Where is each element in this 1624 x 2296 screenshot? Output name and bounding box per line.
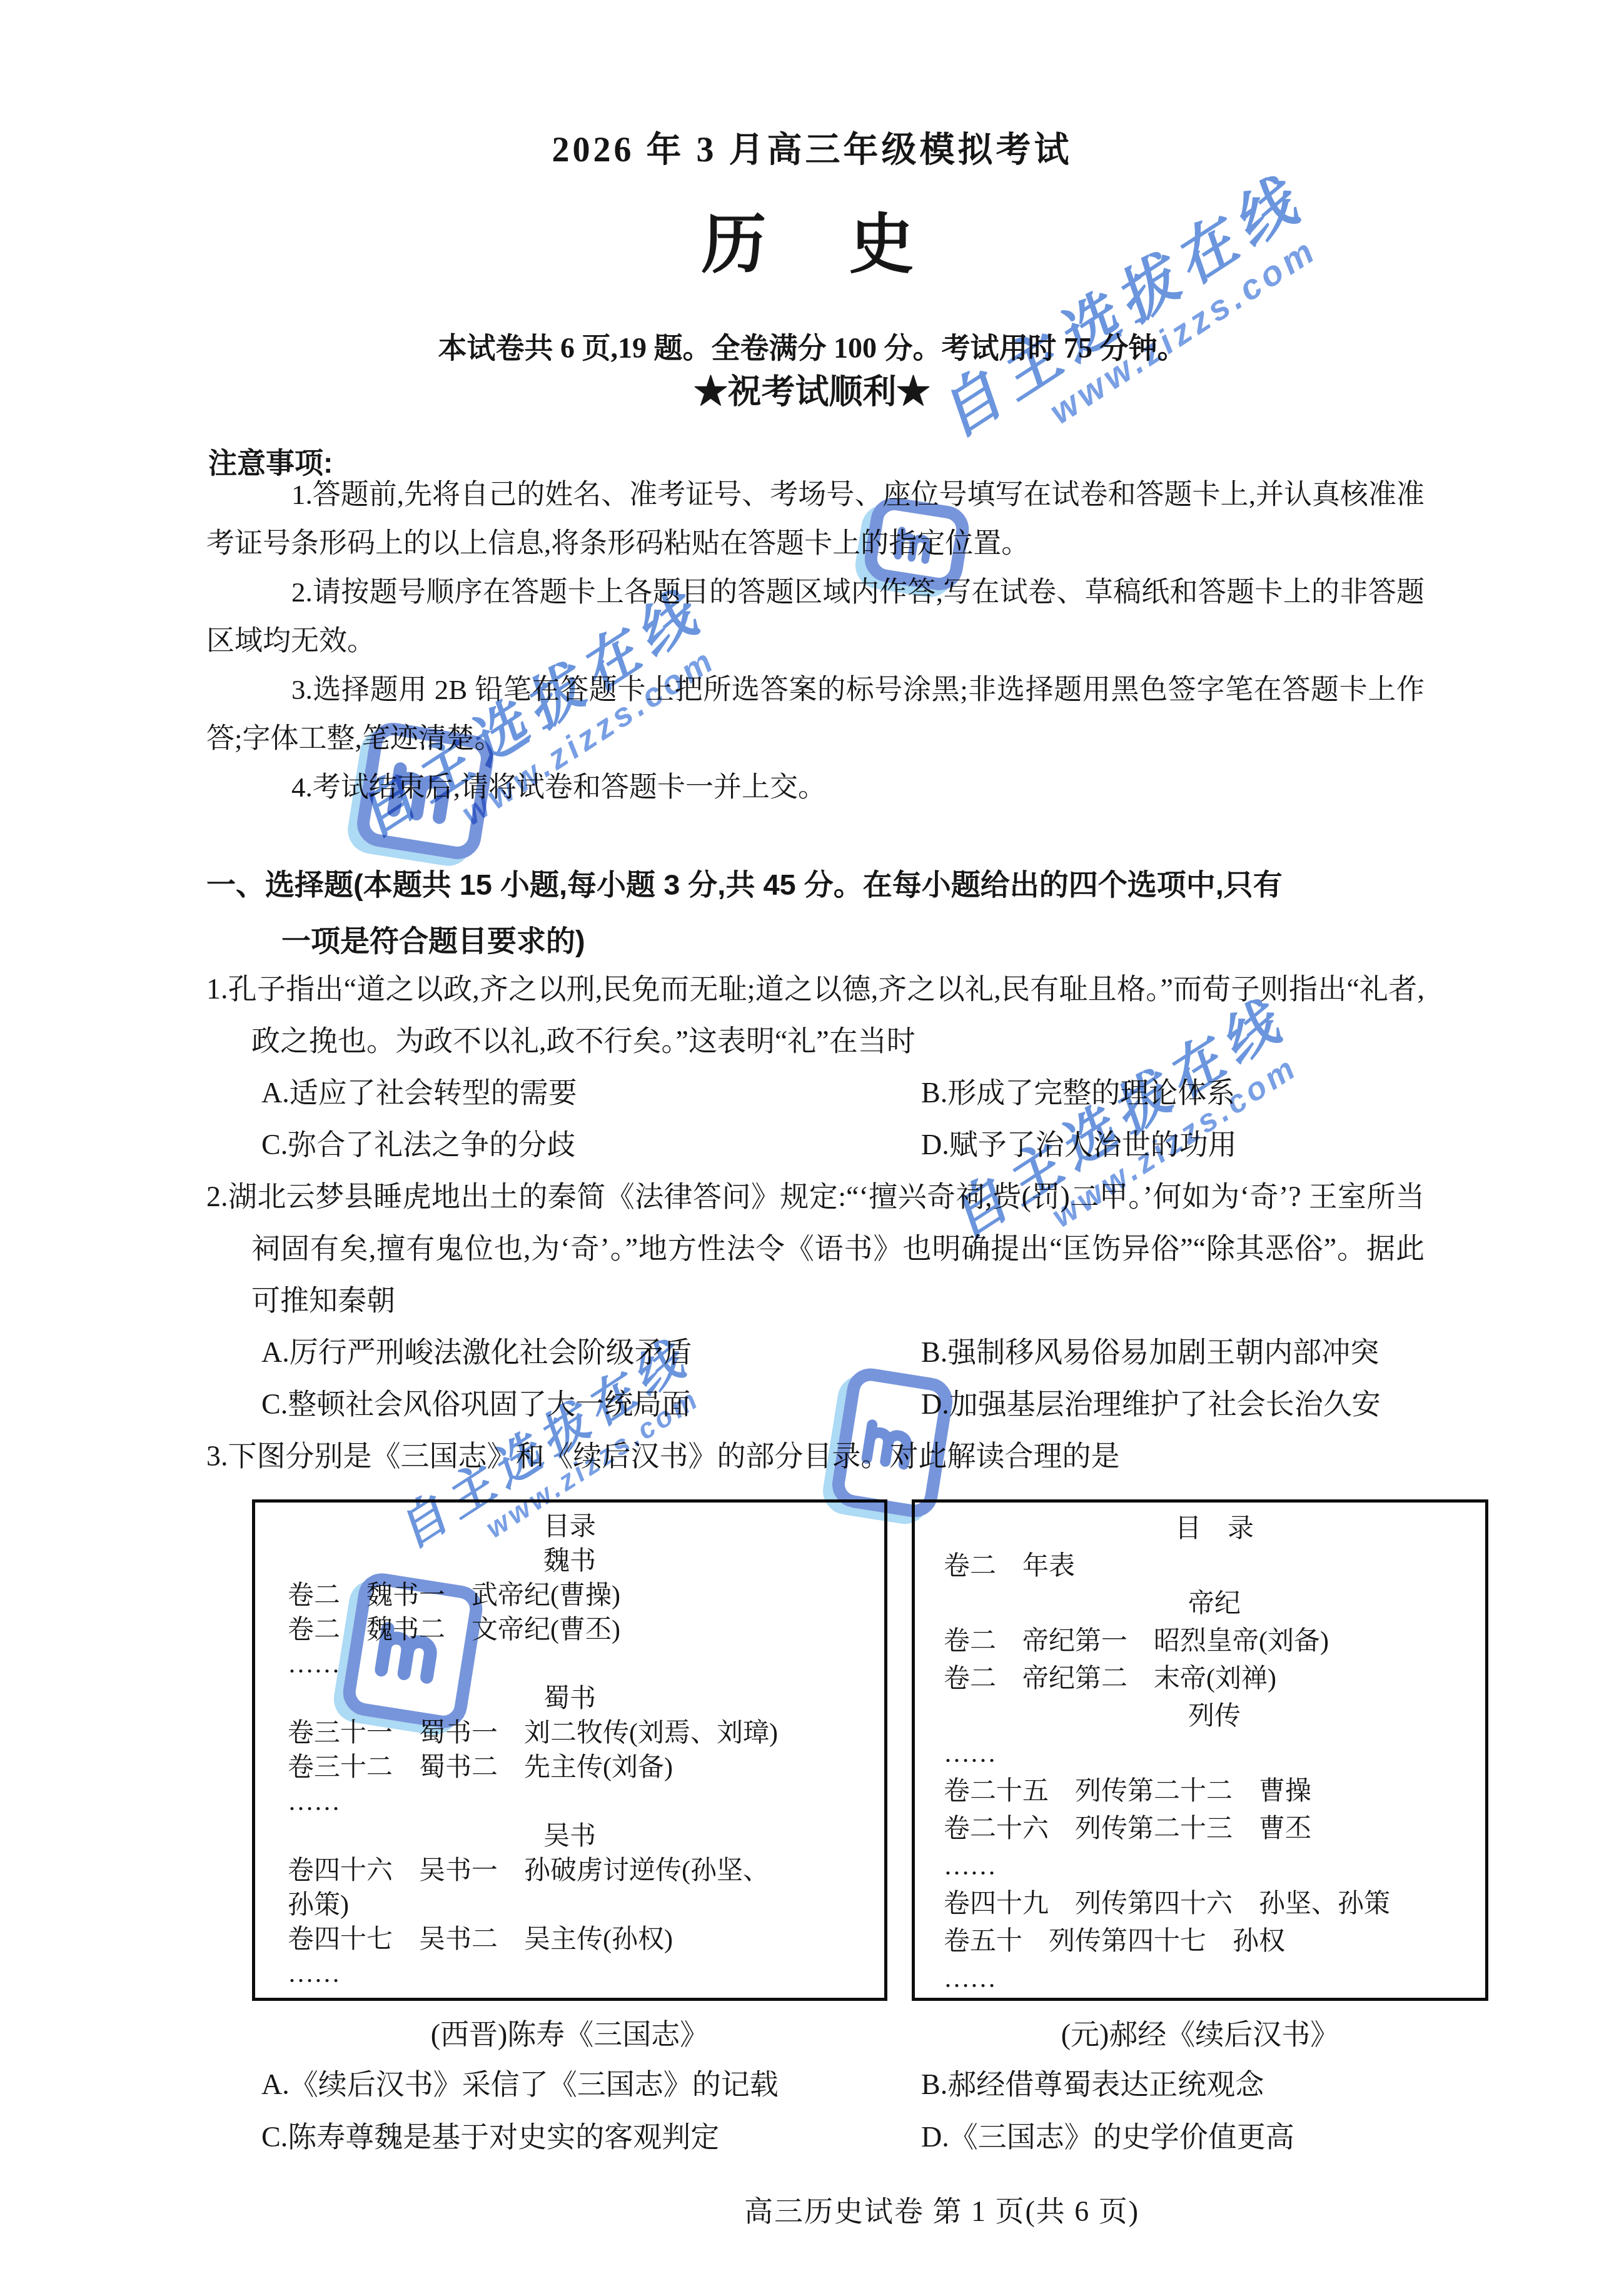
catalog-line: 卷四十七 吴书二 吴主传(孙权): [255, 1923, 884, 1957]
watermark-stamp: 自主选拔在线 www.zizzs.com: [919, 153, 1338, 483]
option-1a: A.适应了社会转型的需要: [261, 1067, 921, 1119]
question-2-stem: 2.湖北云梦县睡虎地出土的秦简《法律答问》规定:“‘擅兴奇祠,赀(罚)二甲。’何…: [206, 1171, 1425, 1326]
catalog-line: 蜀书: [255, 1682, 884, 1716]
catalog-line: ……: [915, 1735, 1485, 1773]
notice-item-3: 3.选择题用 2B 铅笔在答题卡上把所选答案的标号涂黑;非选择题用黑色签字笔在答…: [206, 665, 1425, 763]
notice-item-2: 2.请按题号顺序在答题卡上各题目的答题区域内作答,写在试卷、草稿纸和答题卡上的非…: [206, 568, 1425, 665]
catalog-line: 卷二 年表: [915, 1548, 1485, 1585]
catalog-line: ……: [915, 1960, 1485, 1998]
catalog-line: 列传: [915, 1698, 1485, 1735]
exam-paper-page: 2026 年 3 月高三年级模拟考试 历 史 本试卷共 6 页,19 题。全卷满…: [0, 0, 1624, 2296]
question-3-options: A.《续后汉书》采信了《三国志》的记载 B.郝经借尊蜀表达正统观念 C.陈寿尊魏…: [206, 2058, 1480, 2163]
catalog-line: 卷二 魏书一 武帝纪(曹操): [255, 1579, 884, 1613]
blessing-line: ★祝考试顺利★: [0, 370, 1624, 414]
catalog-line: 吴书: [255, 1820, 884, 1854]
section-heading: 一、选择题(本题共 15 小题,每小题 3 分,共 45 分。在每小题给出的四个…: [206, 857, 1457, 969]
xuhouhanshu-catalog-box: 目 录 卷二 年表 帝纪 卷二 帝纪第一 昭烈皇帝(刘备) 卷二 帝纪第二 末帝…: [912, 1499, 1488, 2001]
catalog-line: 卷三十二 蜀书二 先主传(刘备): [255, 1751, 884, 1785]
right-box-caption: (元)郝经《续后汉书》: [912, 2016, 1488, 2053]
option-1d: D.赋予了治人治世的功用: [921, 1119, 1425, 1171]
exam-title: 2026 年 3 月高三年级模拟考试: [0, 128, 1624, 172]
catalog-line: 卷二十五 列传第二十二 曹操: [915, 1773, 1485, 1810]
question-3-stem: 3.下图分别是《三国志》和《续后汉书》的部分目录。对此解读合理的是: [206, 1430, 1425, 1482]
option-2c: C.整顿社会风俗巩固了大一统局面: [261, 1378, 921, 1430]
catalog-line: 卷四十九 列传第四十六 孙坚、孙策: [915, 1885, 1485, 1923]
notice-item-4: 4.考试结束后,请将试卷和答题卡一并上交。: [206, 763, 1425, 812]
catalog-line: 卷二 魏书二 文帝纪(曹丕): [255, 1613, 884, 1648]
paper-info: 本试卷共 6 页,19 题。全卷满分 100 分。考试用时 75 分钟。: [0, 329, 1624, 368]
notice-item-1: 1.答题前,先将自己的姓名、准考证号、考场号、座位号填写在试卷和答题卡上,并认真…: [206, 470, 1425, 568]
catalog-line: 卷二 帝纪第一 昭烈皇帝(刘备): [915, 1623, 1485, 1660]
page-footer: 高三历史试卷 第 1 页(共 6 页): [744, 2192, 1139, 2231]
catalog-line: 魏书: [255, 1544, 884, 1579]
catalog-line: ……: [255, 1957, 884, 1991]
catalog-line: ……: [255, 1785, 884, 1820]
subject-title: 历 史: [0, 204, 1624, 288]
option-2a: A.厉行严刑峻法激化社会阶级矛盾: [261, 1326, 921, 1378]
option-3a: A.《续后汉书》采信了《三国志》的记载: [261, 2058, 921, 2111]
question-block: 1.孔子指出“道之以政,齐之以刑,民免而无耻;道之以德,齐之以礼,民有耻且格。”…: [206, 963, 1425, 1482]
catalog-line: 目 录: [915, 1510, 1485, 1548]
catalog-line: 卷二十六 列传第二十三 曹丕: [915, 1810, 1485, 1848]
sanguozhi-catalog-box: 目录 魏书 卷二 魏书一 武帝纪(曹操) 卷二 魏书二 文帝纪(曹丕) …… 蜀…: [252, 1499, 887, 2001]
catalog-line: ……: [255, 1648, 884, 1682]
left-box-caption: (西晋)陈寿《三国志》: [252, 2016, 887, 2053]
question-1-options: A.适应了社会转型的需要 B.形成了完整的理论体系 C.弥合了礼法之争的分歧 D…: [206, 1067, 1425, 1171]
option-3b: B.郝经借尊蜀表达正统观念: [921, 2058, 1480, 2111]
catalog-line: ……: [915, 1848, 1485, 1885]
catalog-line: 卷四十六 吴书一 孙破虏讨逆传(孙坚、: [255, 1854, 884, 1888]
option-2d: D.加强基层治理维护了社会长治久安: [921, 1378, 1425, 1430]
section-heading-line1: 一、选择题(本题共 15 小题,每小题 3 分,共 45 分。在每小题给出的四个…: [206, 857, 1457, 913]
catalog-line: 卷二 帝纪第二 末帝(刘禅): [915, 1660, 1485, 1698]
catalog-line: 孙策): [255, 1888, 884, 1923]
option-1c: C.弥合了礼法之争的分歧: [261, 1119, 921, 1171]
catalog-line: 帝纪: [915, 1585, 1485, 1623]
catalog-line: 卷三十一 蜀书一 刘二牧传(刘焉、刘璋): [255, 1716, 884, 1751]
section-heading-line2: 一项是符合题目要求的): [206, 913, 1457, 969]
question-1-stem: 1.孔子指出“道之以政,齐之以刑,民免而无耻;道之以德,齐之以礼,民有耻且格。”…: [206, 963, 1425, 1067]
option-3d: D.《三国志》的史学价值更高: [921, 2111, 1480, 2163]
catalog-line: 卷五十 列传第四十七 孙权: [915, 1923, 1485, 1960]
question-2-options: A.厉行严刑峻法激化社会阶级矛盾 B.强制移风易俗易加剧王朝内部冲突 C.整顿社…: [206, 1326, 1425, 1430]
option-1b: B.形成了完整的理论体系: [921, 1067, 1425, 1119]
option-3c: C.陈寿尊魏是基于对史实的客观判定: [261, 2111, 921, 2163]
notice-list: 1.答题前,先将自己的姓名、准考证号、考场号、座位号填写在试卷和答题卡上,并认真…: [206, 470, 1425, 812]
catalog-line: 目录: [255, 1510, 884, 1544]
option-2b: B.强制移风易俗易加剧王朝内部冲突: [921, 1326, 1425, 1378]
